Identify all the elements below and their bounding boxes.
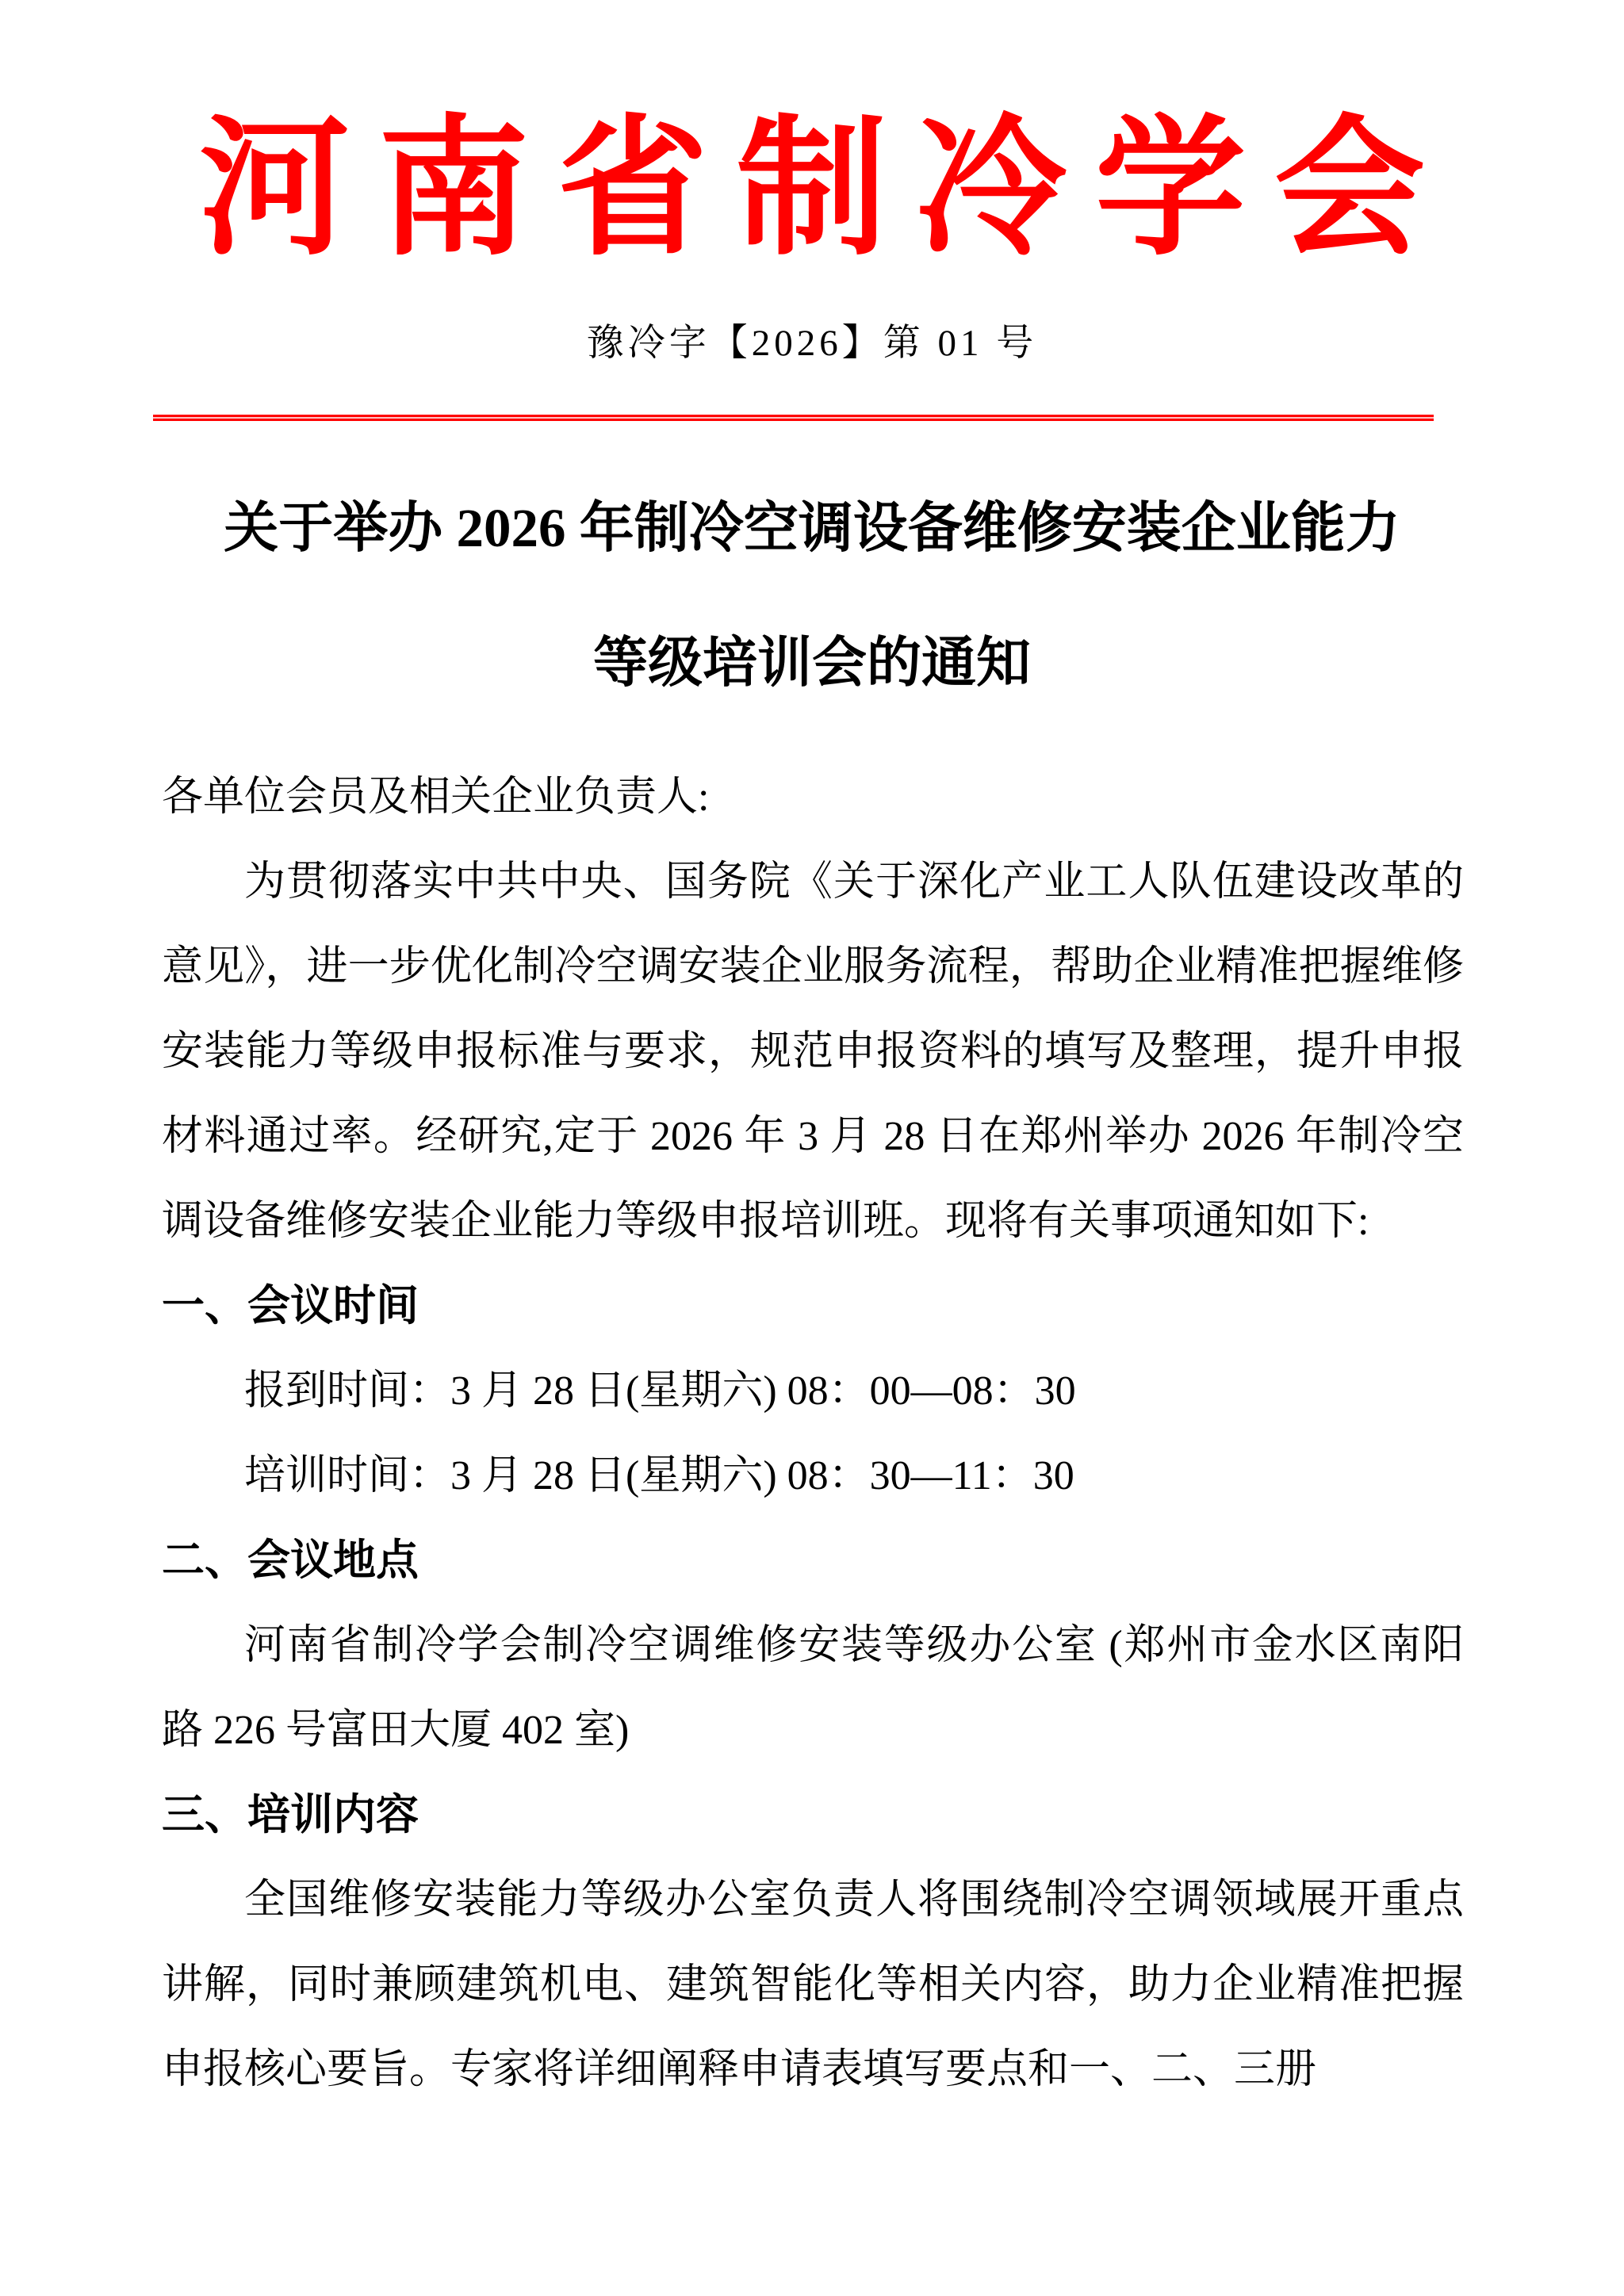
address-paragraph: 河南省制冷学会制冷空调维修安装等级办公室 (郑州市金水区南阳路 226 号富田大…: [162, 1603, 1464, 1773]
document-page: 河南省制冷学会 豫冷字【2026】第 01 号 关于举办 2026 年制冷空调设…: [0, 0, 1624, 2296]
training-content-paragraph: 全国维修安装能力等级办公室负责人将围绕制冷空调领域展开重点讲解，同时兼顾建筑机电…: [162, 1858, 1464, 2112]
section3-heading: 三、培训内容: [162, 1773, 1464, 1858]
salutation: 各单位会员及相关企业负责人:: [162, 755, 1464, 840]
intro-paragraph: 为贯彻落实中共中央、国务院《关于深化产业工人队伍建设改革的意见》，进一步优化制冷…: [162, 840, 1464, 1264]
notice-title-line2: 等级培训会的通知: [0, 628, 1624, 699]
register-time-line: 报到时间：3 月 28 日(星期六) 08：00—08：30: [162, 1349, 1464, 1433]
section1-heading: 一、会议时间: [162, 1264, 1464, 1349]
training-time-line: 培训时间：3 月 28 日(星期六) 08：30—11：30: [162, 1433, 1464, 1518]
document-number: 豫冷字【2026】第 01 号: [0, 314, 1624, 373]
notice-body: 各单位会员及相关企业负责人: 为贯彻落实中共中央、国务院《关于深化产业工人队伍建…: [162, 755, 1464, 2112]
red-divider-rule: [153, 415, 1434, 421]
organization-title: 河南省制冷学会: [0, 94, 1624, 282]
section2-heading: 二、会议地点: [162, 1518, 1464, 1603]
notice-title-line1: 关于举办 2026 年制冷空调设备维修安装企业能力: [0, 493, 1624, 564]
